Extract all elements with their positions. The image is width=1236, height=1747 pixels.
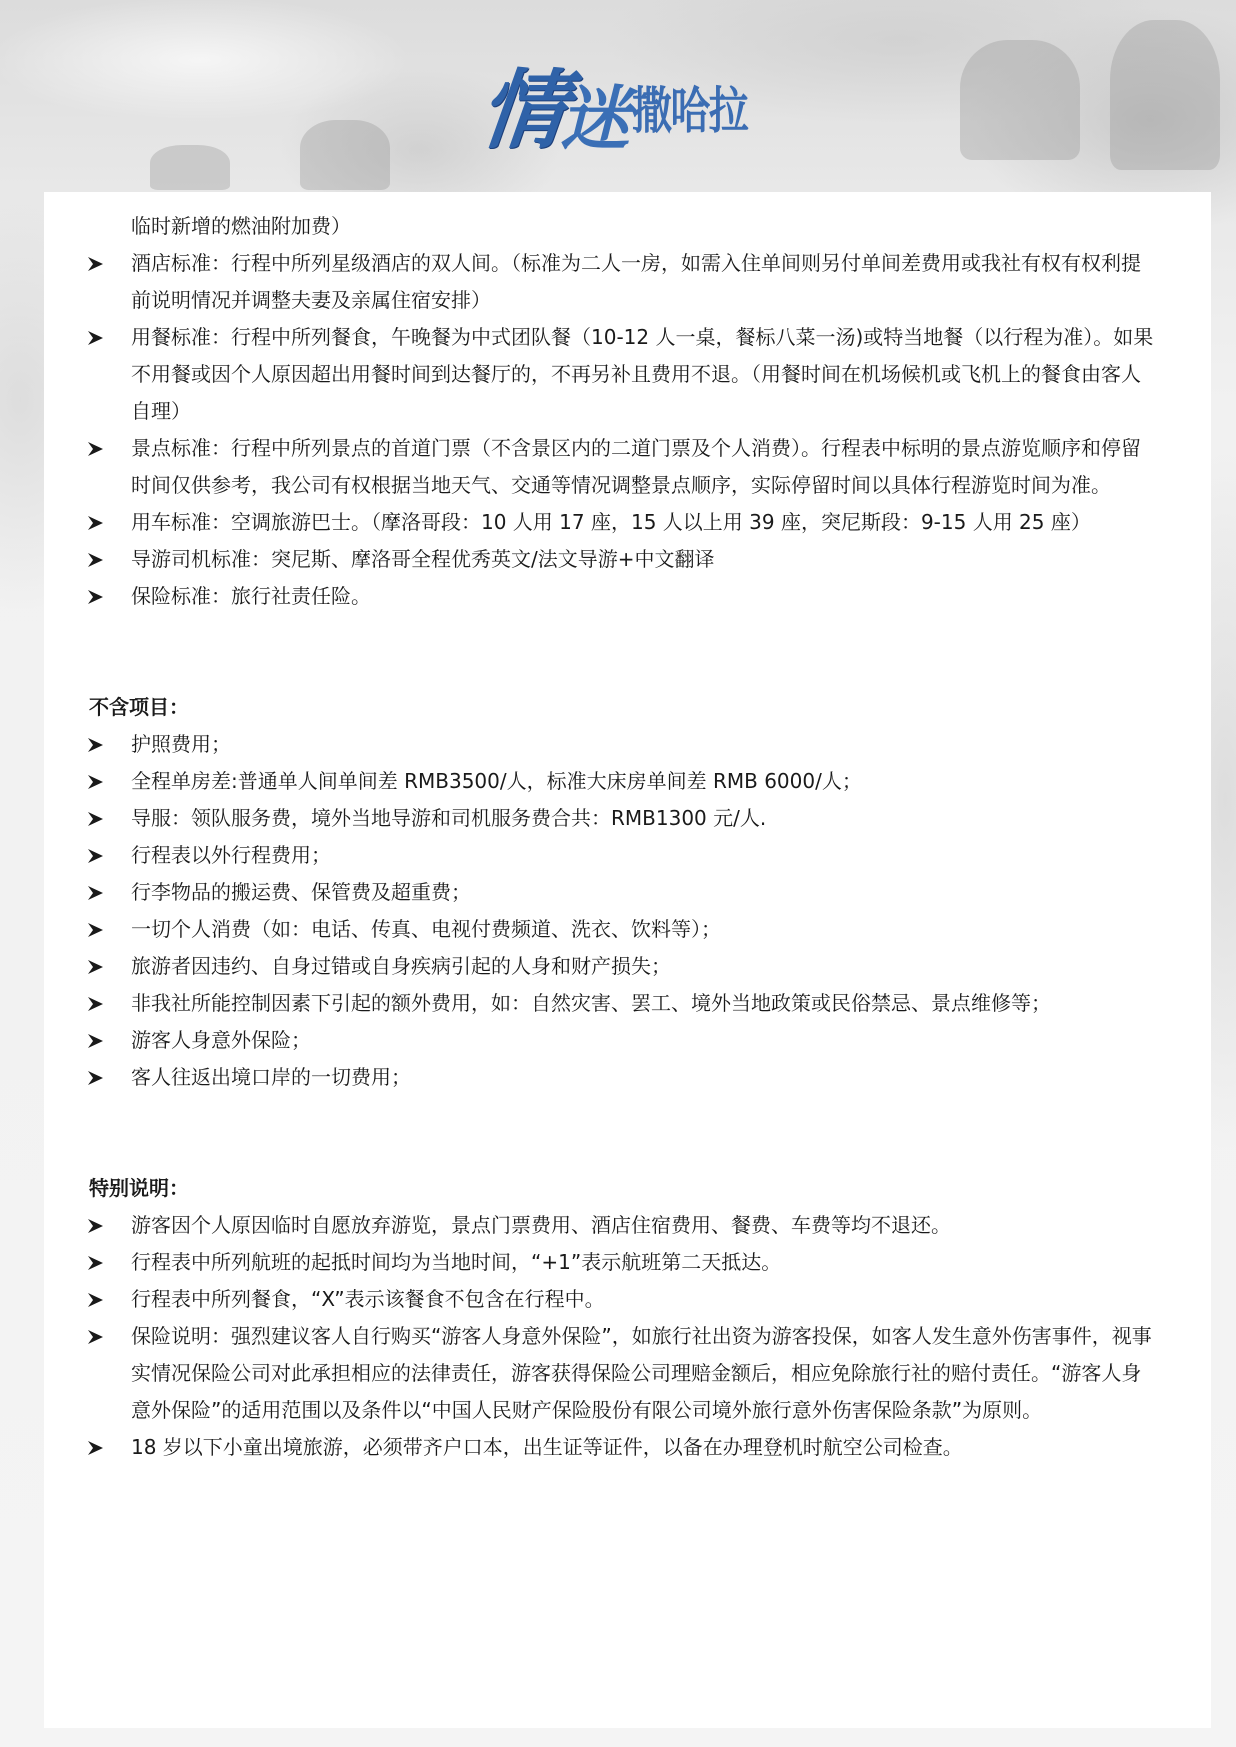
- section-spacer: [44, 1096, 1211, 1170]
- arrow-bullet-icon: [88, 1022, 104, 1059]
- list-item: 游客人身意外保险；: [44, 1022, 1211, 1059]
- list-item: 护照费用；: [44, 726, 1211, 763]
- list-item-text: 全程单房差:普通单人间单间差 RMB3500/人，标准大床房单间差 RMB 60…: [131, 769, 862, 793]
- list-item-text: 保险说明：强烈建议客人自行购买“游客人身意外保险”，如旅行社出资为游客投保，如客…: [131, 1324, 1152, 1422]
- list-item-text: 客人往返出境口岸的一切费用；: [131, 1065, 411, 1089]
- list-item-text: 一切个人消费（如：电话、传真、电视付费频道、洗衣、饮料等）；: [131, 917, 721, 941]
- camel-silhouette: [300, 120, 390, 190]
- special-list: 游客因个人原因临时自愿放弃游览，景点门票费用、酒店住宿费用、餐费、车费等均不退还…: [44, 1207, 1211, 1466]
- list-item-text: 导游司机标准：突尼斯、摩洛哥全程优秀英文/法文导游+中文翻译: [131, 547, 715, 571]
- camel-silhouette: [1110, 20, 1220, 170]
- list-item: 导游司机标准：突尼斯、摩洛哥全程优秀英文/法文导游+中文翻译: [44, 541, 1211, 578]
- excluded-list: 护照费用； 全程单房差:普通单人间单间差 RMB3500/人，标准大床房单间差 …: [44, 726, 1211, 1096]
- arrow-bullet-icon: [88, 911, 104, 948]
- arrow-bullet-icon: [88, 1059, 104, 1096]
- list-item: 用餐标准：行程中所列餐食，午晚餐为中式团队餐（10-12 人一桌，餐标八菜一汤)…: [44, 319, 1211, 430]
- standards-list: 酒店标准：行程中所列星级酒店的双人间。（标准为二人一房，如需入住单间则另付单间差…: [44, 245, 1211, 615]
- arrow-bullet-icon: [88, 985, 104, 1022]
- list-item: 保险标准：旅行社责任险。: [44, 578, 1211, 615]
- list-item-text: 非我社所能控制因素下引起的额外费用，如：自然灾害、罢工、境外当地政策或民俗禁忌、…: [131, 991, 1051, 1015]
- arrow-bullet-icon: [88, 1281, 104, 1318]
- list-item-text: 用餐标准：行程中所列餐食，午晚餐为中式团队餐（10-12 人一桌，餐标八菜一汤)…: [131, 325, 1153, 423]
- arrow-bullet-icon: [88, 1429, 104, 1466]
- list-item-text: 18 岁以下小童出境旅游，必须带齐户口本，出生证等证件，以备在办理登机时航空公司…: [131, 1435, 963, 1459]
- arrow-bullet-icon: [88, 726, 104, 763]
- list-item: 导服：领队服务费，境外当地导游和司机服务费合共：RMB1300 元/人.: [44, 800, 1211, 837]
- continuation-text: 临时新增的燃油附加费）: [131, 214, 351, 238]
- list-item: 旅游者因违约、自身过错或自身疾病引起的人身和财产损失；: [44, 948, 1211, 985]
- camel-silhouette: [150, 145, 230, 190]
- arrow-bullet-icon: [88, 874, 104, 911]
- document-page: 临时新增的燃油附加费） 酒店标准：行程中所列星级酒店的双人间。（标准为二人一房，…: [44, 192, 1211, 1728]
- arrow-bullet-icon: [88, 948, 104, 985]
- list-item-text: 行李物品的搬运费、保管费及超重费；: [131, 880, 471, 904]
- brand-logo: 情 迷 撒哈拉: [480, 34, 780, 154]
- section-spacer: [44, 615, 1211, 689]
- excluded-heading: 不含项目：: [44, 689, 1211, 726]
- arrow-bullet-icon: [88, 245, 104, 282]
- list-item: 一切个人消费（如：电话、传真、电视付费频道、洗衣、饮料等）；: [44, 911, 1211, 948]
- list-item: 客人往返出境口岸的一切费用；: [44, 1059, 1211, 1096]
- arrow-bullet-icon: [88, 763, 104, 800]
- list-item-text: 旅游者因违约、自身过错或自身疾病引起的人身和财产损失；: [131, 954, 671, 978]
- logo-char-1: 情: [475, 68, 570, 154]
- list-item-text: 行程表中所列航班的起抵时间均为当地时间，“+1”表示航班第二天抵达。: [131, 1250, 781, 1274]
- arrow-bullet-icon: [88, 800, 104, 837]
- list-item: 行程表中所列餐食，“X”表示该餐食不包含在行程中。: [44, 1281, 1211, 1318]
- list-item-text: 保险标准：旅行社责任险。: [131, 584, 371, 608]
- list-item: 酒店标准：行程中所列星级酒店的双人间。（标准为二人一房，如需入住单间则另付单间差…: [44, 245, 1211, 319]
- list-item-text: 行程表中所列餐食，“X”表示该餐食不包含在行程中。: [131, 1287, 605, 1311]
- list-item-text: 行程表以外行程费用；: [131, 843, 331, 867]
- list-item-text: 用车标准：空调旅游巴士。（摩洛哥段：10 人用 17 座，15 人以上用 39 …: [131, 510, 1091, 534]
- logo-text: 撒哈拉: [632, 86, 747, 136]
- arrow-bullet-icon: [88, 541, 104, 578]
- list-item-text: 酒店标准：行程中所列星级酒店的双人间。（标准为二人一房，如需入住单间则另付单间差…: [131, 251, 1141, 312]
- list-item: 景点标准：行程中所列景点的首道门票（不含景区内的二道门票及个人消费）。行程表中标…: [44, 430, 1211, 504]
- list-item: 行程表以外行程费用；: [44, 837, 1211, 874]
- list-item: 行李物品的搬运费、保管费及超重费；: [44, 874, 1211, 911]
- list-item-text: 导服：领队服务费，境外当地导游和司机服务费合共：RMB1300 元/人.: [131, 806, 766, 830]
- arrow-bullet-icon: [88, 319, 104, 356]
- list-item: 非我社所能控制因素下引起的额外费用，如：自然灾害、罢工、境外当地政策或民俗禁忌、…: [44, 985, 1211, 1022]
- arrow-bullet-icon: [88, 837, 104, 874]
- arrow-bullet-icon: [88, 1318, 104, 1355]
- list-item: 保险说明：强烈建议客人自行购买“游客人身意外保险”，如旅行社出资为游客投保，如客…: [44, 1318, 1211, 1429]
- list-item-text: 景点标准：行程中所列景点的首道门票（不含景区内的二道门票及个人消费）。行程表中标…: [131, 436, 1141, 497]
- arrow-bullet-icon: [88, 504, 104, 541]
- list-item-text: 游客因个人原因临时自愿放弃游览，景点门票费用、酒店住宿费用、餐费、车费等均不退还…: [131, 1213, 951, 1237]
- arrow-bullet-icon: [88, 430, 104, 467]
- list-item: 游客因个人原因临时自愿放弃游览，景点门票费用、酒店住宿费用、餐费、车费等均不退还…: [44, 1207, 1211, 1244]
- continuation-line: 临时新增的燃油附加费）: [44, 208, 1211, 245]
- arrow-bullet-icon: [88, 578, 104, 615]
- list-item: 全程单房差:普通单人间单间差 RMB3500/人，标准大床房单间差 RMB 60…: [44, 763, 1211, 800]
- arrow-bullet-icon: [88, 1207, 104, 1244]
- arrow-bullet-icon: [88, 1244, 104, 1281]
- list-item-text: 游客人身意外保险；: [131, 1028, 311, 1052]
- camel-silhouette: [960, 40, 1080, 160]
- document-content: 临时新增的燃油附加费） 酒店标准：行程中所列星级酒店的双人间。（标准为二人一房，…: [44, 208, 1211, 1466]
- list-item: 用车标准：空调旅游巴士。（摩洛哥段：10 人用 17 座，15 人以上用 39 …: [44, 504, 1211, 541]
- list-item: 行程表中所列航班的起抵时间均为当地时间，“+1”表示航班第二天抵达。: [44, 1244, 1211, 1281]
- list-item-text: 护照费用；: [131, 732, 231, 756]
- special-heading: 特别说明：: [44, 1170, 1211, 1207]
- logo-char-2: 迷: [560, 84, 630, 154]
- list-item: 18 岁以下小童出境旅游，必须带齐户口本，出生证等证件，以备在办理登机时航空公司…: [44, 1429, 1211, 1466]
